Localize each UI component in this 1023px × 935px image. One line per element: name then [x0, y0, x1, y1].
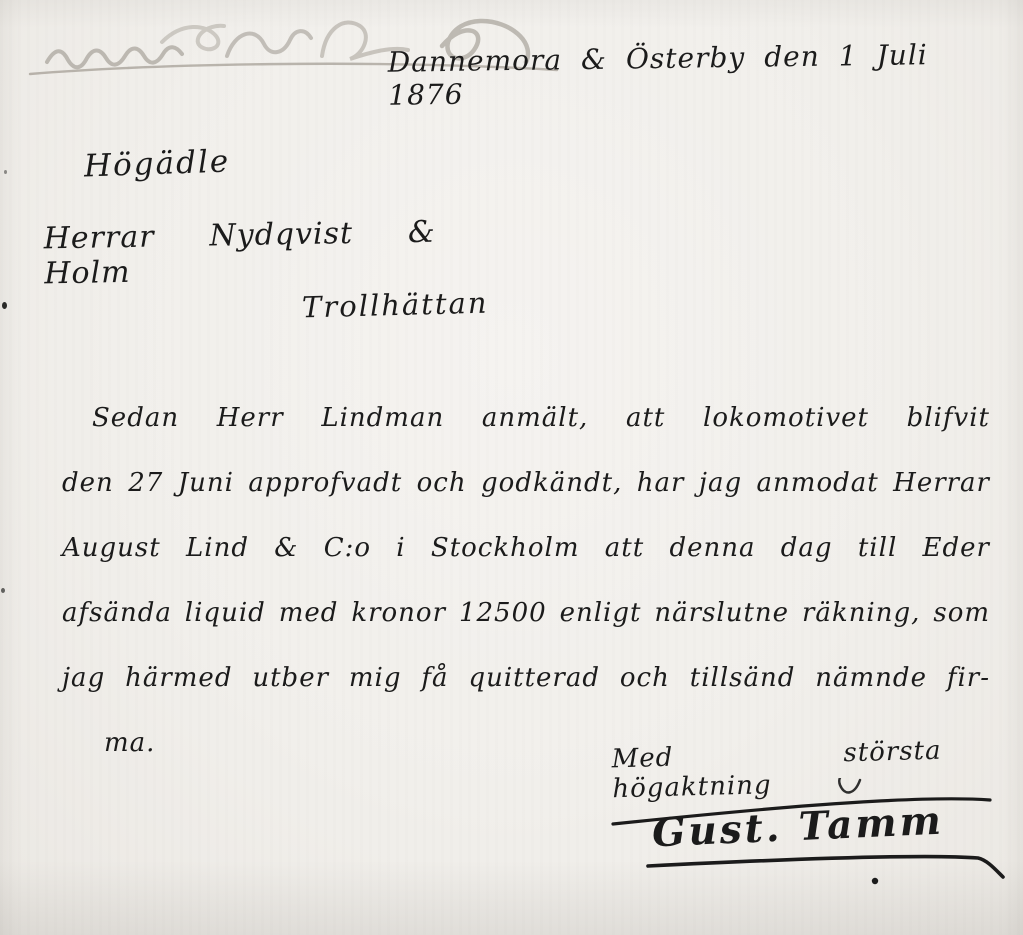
- recipient-line: Herrar Nydqvist & Holm: [43, 215, 436, 292]
- scan-speck: [1, 588, 5, 593]
- letter-page: Dannemora & Österby den 1 Juli 1876 Högä…: [0, 0, 1023, 935]
- body-line: den 27 Juni approfvadt och godkändt, har…: [62, 457, 990, 522]
- body-line: afsända liquid med kronor 12500 enligt n…: [62, 587, 990, 652]
- scan-speck: [2, 302, 7, 309]
- signature: Gust. Tamm: [651, 798, 945, 857]
- body-line: August Lind & C:o i Stockholm att denna …: [62, 522, 990, 587]
- body-line: Sedan Herr Lindman anmält, att lokomotiv…: [62, 392, 990, 457]
- letter-body: Sedan Herr Lindman anmält, att lokomotiv…: [62, 392, 990, 782]
- scan-speck: [4, 170, 7, 174]
- body-line: jag härmed utber mig få quitterad och ti…: [62, 652, 990, 717]
- closing-line: Med största högaktning: [611, 736, 942, 805]
- recipient-place: Trollhättan: [302, 286, 489, 325]
- dateline: Dannemora & Österby den 1 Juli 1876: [388, 38, 929, 112]
- salutation: Högädle: [83, 143, 230, 184]
